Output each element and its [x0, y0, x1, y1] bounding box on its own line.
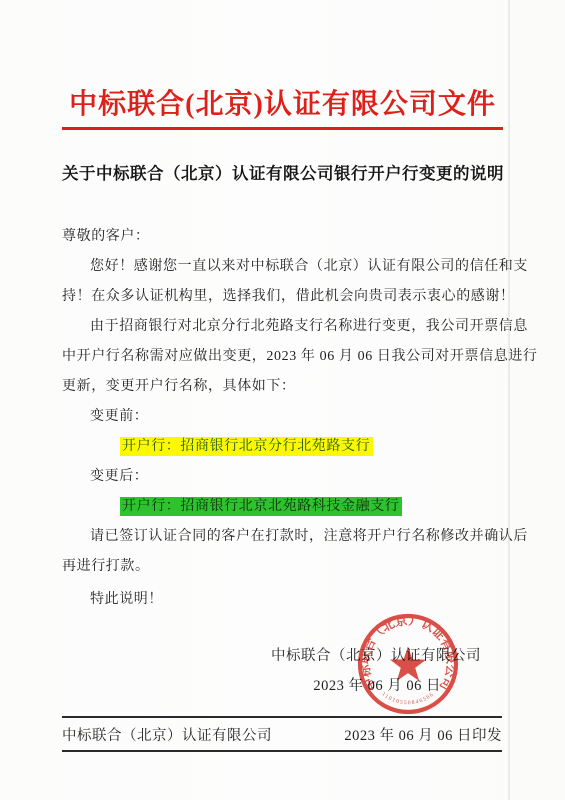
signature-date: 2023 年 06 月 06 日 — [62, 671, 503, 701]
footer-company: 中标联合（北京）认证有限公司 — [62, 724, 272, 745]
document-subtitle: 关于中标联合（北京）认证有限公司银行开户行变更的说明 — [62, 161, 503, 187]
signature-block: 中标联合（北京）认证有限公司 2023 年 06 月 06 日 — [62, 641, 503, 701]
document-body: 尊敬的客户： 您好！感谢您一直以来对中标联合（北京）认证有限公司的信任和支 持！… — [62, 222, 503, 615]
bank-after-highlight: 开户行：招商银行北京北苑路科技金融支行 — [120, 497, 402, 516]
bank-after-line: 开户行：招商银行北京北苑路科技金融支行 — [62, 492, 503, 522]
signature-company: 中标联合（北京）认证有限公司 — [62, 641, 503, 671]
footer-issue-date: 2023 年 06 月 06 日印发 — [344, 724, 502, 745]
document-title: 中标联合(北京)认证有限公司文件 — [62, 86, 503, 130]
change-before-label: 变更前： — [62, 402, 503, 432]
body-line: 由于招商银行对北京分行北苑路支行名称进行变更，我公司开票信息 — [62, 312, 503, 342]
document-page: 中标联合(北京)认证有限公司文件 关于中标联合（北京）认证有限公司银行开户行变更… — [0, 0, 565, 800]
bank-before-highlight: 开户行：招商银行北京分行北苑路支行 — [120, 437, 373, 456]
body-line: 持！在众多认证机构里，选择我们，借此机会向贵司表示衷心的感谢！ — [62, 282, 503, 312]
body-line: 您好！感谢您一直以来对中标联合（北京）认证有限公司的信任和支 — [62, 252, 503, 282]
salutation-line: 尊敬的客户： — [62, 222, 503, 252]
body-line: 请已签订认证合同的客户在打款时，注意将开户行名称修改并确认后 — [62, 522, 503, 552]
scan-artifact — [508, 0, 510, 800]
change-after-label: 变更后： — [62, 462, 503, 492]
body-line: 再进行打款。 — [62, 552, 503, 582]
body-line: 更新，变更开户行名称，具体如下： — [62, 372, 503, 402]
page-footer: 中标联合（北京）认证有限公司 2023 年 06 月 06 日印发 — [62, 716, 502, 752]
bank-before-line: 开户行：招商银行北京分行北苑路支行 — [62, 432, 503, 462]
closing-line: 特此说明！ — [62, 585, 503, 615]
body-line: 中开户行名称需对应做出变更，2023 年 06 月 06 日我公司对开票信息进行 — [62, 342, 503, 372]
